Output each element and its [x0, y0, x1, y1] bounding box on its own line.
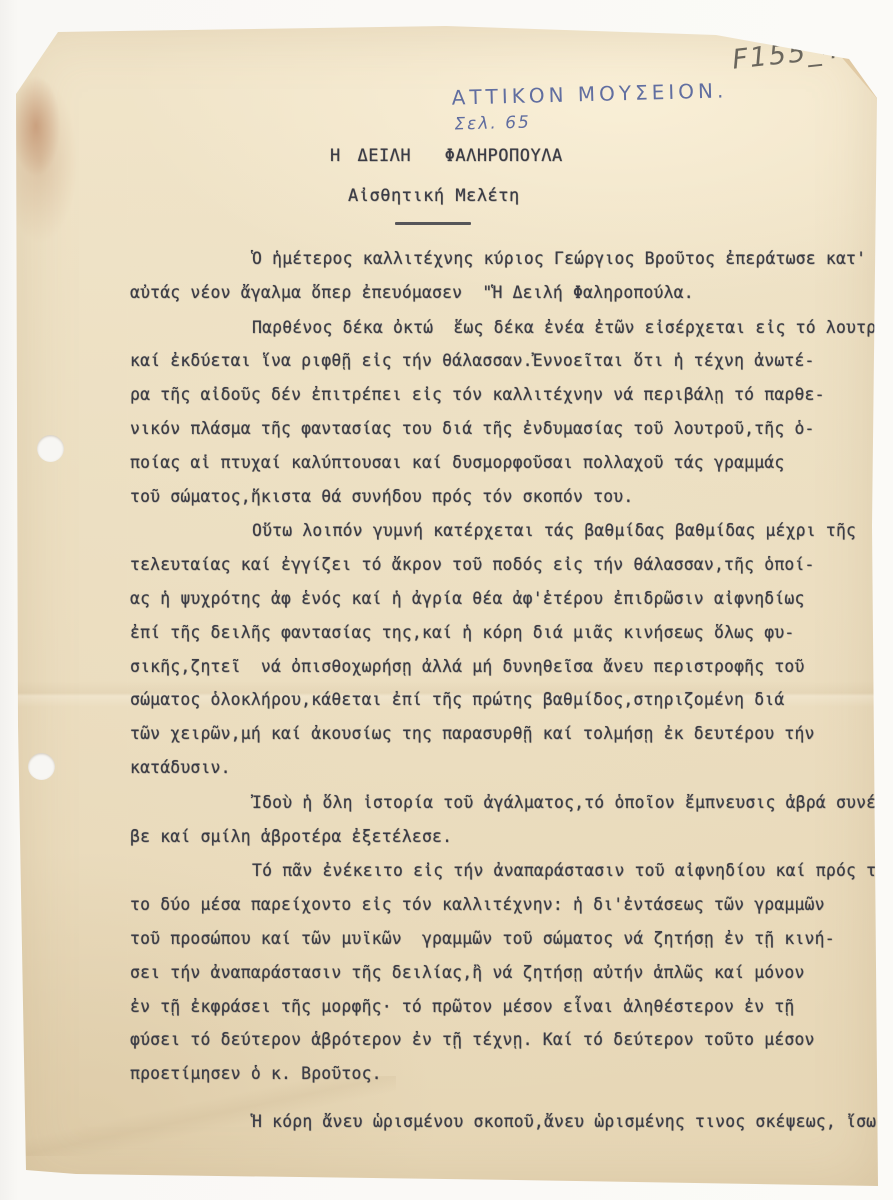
text-line: ἐν τῇ ἐκφράσει τῆς μορφῆς· τό πρῶτον μέσ…	[130, 990, 878, 1024]
text-line: τοῦ σώματος,ἥκιστα θά συνήδου πρός τόν σ…	[130, 480, 878, 514]
text-line: ἐπί τῆς δειλῆς φαντασίας της,καί ἡ κόρη …	[130, 616, 878, 650]
ink-annotation-line2: Σελ. 65	[454, 107, 728, 134]
text-line: Ἰδοὺ ἡ ὅλη ἱστορία τοῦ ἀγάλματος,τό ὁποῖ…	[130, 786, 878, 820]
text-line: Τό πᾶν ἐνέκειτο εἰς τήν ἀναπαράστασιν το…	[130, 854, 878, 888]
paragraph: Παρθένος δέκα ὀκτώ ἕως δέκα ἐνέα ἐτῶν εἰ…	[130, 311, 878, 514]
paper: F155_44 ΑΤΤΙΚΟΝ ΜΟΥΣΕΙΟΝ. Σελ. 65 Η ΔΕΙΛ…	[16, 26, 878, 1190]
scan-background: F155_44 ΑΤΤΙΚΟΝ ΜΟΥΣΕΙΟΝ. Σελ. 65 Η ΔΕΙΛ…	[0, 0, 893, 1200]
text-line: τοῦ προσώπου καί τῶν μυϊκῶν γραμμῶν τοῦ …	[130, 922, 878, 956]
text-line: κατάδυσιν.	[130, 751, 878, 785]
text-line: τελευταίας καί ἐγγίζει τό ἄκρον τοῦ ποδό…	[130, 548, 878, 582]
text-line: Ὁ ἡμέτερος καλλιτέχνης κύριος Γεώργιος Β…	[130, 242, 878, 276]
text-line: σει τήν ἀναπαράστασιν τῆς δειλίας,ἢ νά ζ…	[130, 956, 878, 990]
text-line: Ἡ κόρη ἄνευ ὡρισμένου σκοποῦ,ἄνευ ὡρισμέ…	[130, 1105, 878, 1139]
pencil-annotation: F155_44	[731, 31, 862, 75]
body-text: Ὁ ἡμέτερος καλλιτέχνης κύριος Γεώργιος Β…	[130, 242, 878, 1140]
text-line: προετίμησεν ὁ κ. Βροῦτος.	[130, 1057, 878, 1091]
ink-annotation-line1: ΑΤΤΙΚΟΝ ΜΟΥΣΕΙΟΝ.	[451, 78, 727, 109]
text-line: βε καί σμίλη ἁβροτέρα ἐξετέλεσε.	[130, 820, 878, 854]
punch-hole-bottom	[28, 753, 55, 780]
paragraph: Τό πᾶν ἐνέκειτο εἰς τήν ἀναπαράστασιν το…	[130, 854, 878, 1091]
paragraph: Ὁ ἡμέτερος καλλιτέχνης κύριος Γεώργιος Β…	[130, 242, 878, 310]
subtitle-rule	[395, 222, 471, 225]
text-line: ποίας αἱ πτυχαί καλύπτουσαι καί δυσμορφο…	[130, 446, 878, 480]
text-line: τῶν χειρῶν,μή καί ἀκουσίως της παρασυρθῇ…	[130, 717, 878, 751]
top-left-corner-stain	[10, 56, 120, 246]
text-line: Οὕτω λοιπόν γυμνή κατέρχεται τάς βαθμίδα…	[130, 514, 878, 548]
paragraph: Ἡ κόρη ἄνευ ὡρισμένου σκοποῦ,ἄνευ ὡρισμέ…	[130, 1105, 878, 1139]
text-line: νικόν πλάσμα τῆς φαντασίας του διά τῆς ἐ…	[130, 412, 878, 446]
paragraph: Οὕτω λοιπόν γυμνή κατέρχεται τάς βαθμίδα…	[130, 514, 878, 784]
text-line: καί ἐκδύεται ἵνα ριφθῇ εἰς τήν θάλασσαν.…	[130, 344, 878, 378]
text-line: ας ἡ ψυχρότης ἀφ ἑνός καί ἡ ἀγρία θέα ἀφ…	[130, 582, 878, 616]
text-line: ρα τῆς αἰδοῦς δέν ἐπιτρέπει εἰς τόν καλλ…	[130, 378, 878, 412]
text-line: σικῆς,ζητεῖ νά ὀπισθοχωρήσῃ ἀλλά μή δυνη…	[130, 650, 878, 684]
ink-annotation: ΑΤΤΙΚΟΝ ΜΟΥΣΕΙΟΝ. Σελ. 65	[451, 78, 728, 134]
page-title: Η ΔΕΙΛΗ ΦΑΛΗΡΟΠΟΥΛΑ	[330, 146, 563, 166]
text-line: αὐτάς νέον ἄγαλμα ὅπερ ἐπευόμασεν "Ἡ Δει…	[130, 276, 878, 310]
text-line: φύσει τό δεύτερον ἁβρότερον ἐν τῇ τέχνῃ.…	[130, 1023, 878, 1057]
page-subtitle: Αἰσθητική Μελέτη	[348, 186, 520, 206]
text-line: σώματος ὁλοκλήρου,κάθεται ἐπί τῆς πρώτης…	[130, 683, 878, 717]
punch-hole-top	[37, 435, 64, 462]
paragraph: Ἰδοὺ ἡ ὅλη ἱστορία τοῦ ἀγάλματος,τό ὁποῖ…	[130, 786, 878, 854]
text-line: το δύο μέσα παρείχοντο εἰς τόν καλλιτέχν…	[130, 888, 878, 922]
text-line: Παρθένος δέκα ὀκτώ ἕως δέκα ἐνέα ἐτῶν εἰ…	[130, 311, 878, 345]
